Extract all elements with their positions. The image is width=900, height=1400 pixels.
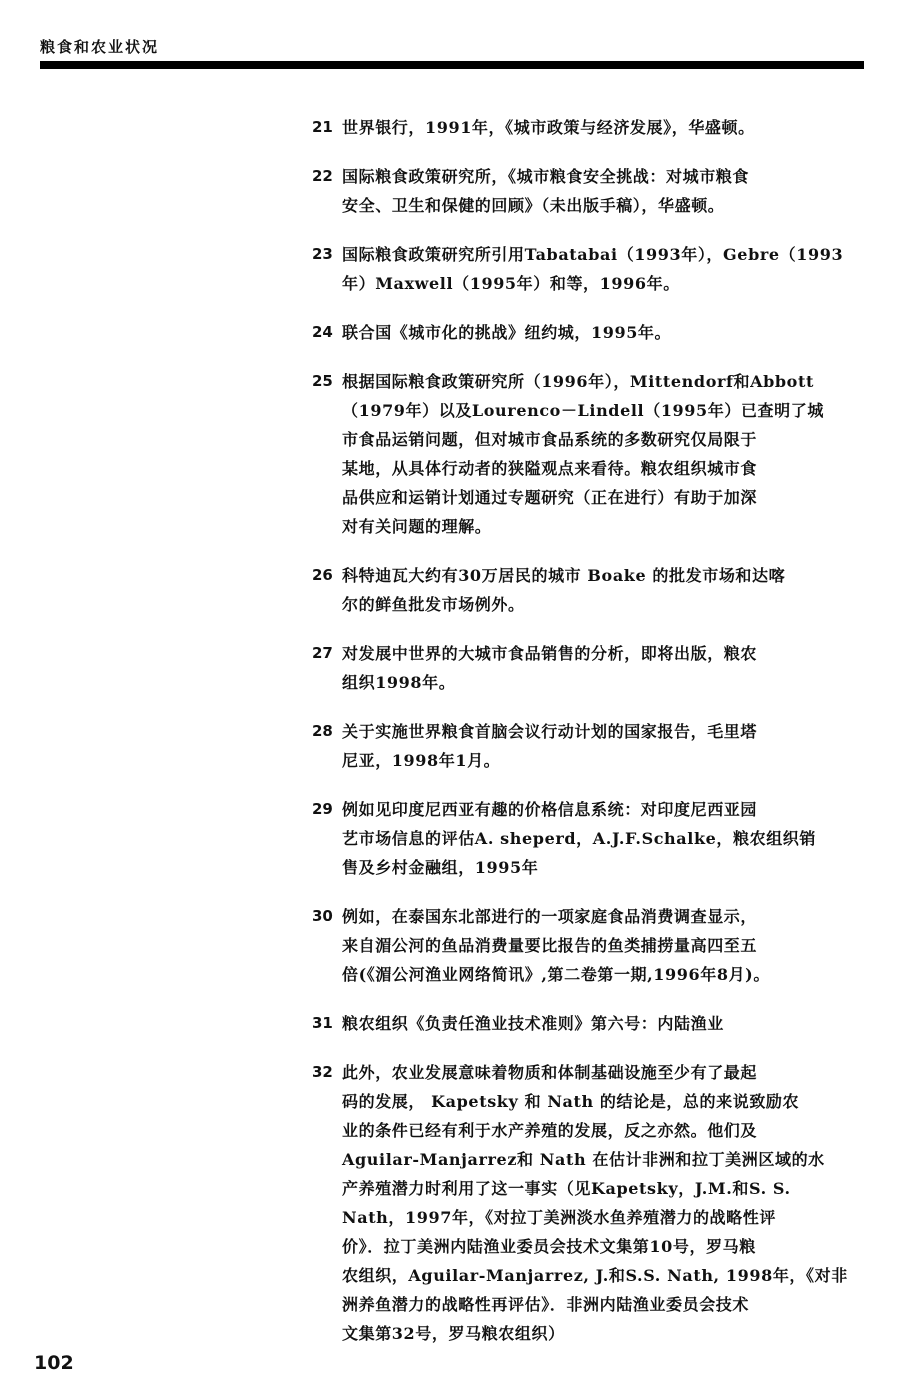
endnotes-list: 21世界银行，1991年，《城市政策与经济发展》，华盛顿。22国际粮食政策研究所… [312,113,857,1368]
endnote-text-line: 业的条件已经有利于水产养殖的发展，反之亦然。他们及 [342,1116,857,1145]
endnote-22: 22国际粮食政策研究所，《城市粮食安全挑战：对城市粮食安全、卫生和保健的回顾》（… [312,162,857,220]
endnote-text-line: 安全、卫生和保健的回顾》（未出版手稿），华盛顿。 [342,191,857,220]
endnote-31: 31粮农组织《负责任渔业技术准则》第六号：内陆渔业 [312,1009,857,1038]
endnote-text-line: 此外，农业发展意味着物质和体制基础设施至少有了最起 [342,1058,857,1087]
endnote-number: 31 [312,1009,333,1038]
endnote-text-line: 某地，从具体行动者的狭隘观点来看待。粮农组织城市食 [342,454,857,483]
endnote-text-line: 科特迪瓦大约有30万居民的城市 Boake 的批发市场和达喀 [342,561,857,590]
endnote-number: 27 [312,639,333,668]
endnote-text-line: 国际粮食政策研究所引用Tabatabai（1993年），Gebre（1993 [342,240,857,269]
endnote-text-line: 根据国际粮食政策研究所（1996年），Mittendorf和Abbott [342,367,857,396]
endnote-text-line: 对发展中世界的大城市食品销售的分析，即将出版，粮农 [342,639,857,668]
endnote-23: 23国际粮食政策研究所引用Tabatabai（1993年），Gebre（1993… [312,240,857,298]
endnote-number: 23 [312,240,333,269]
endnote-text: 根据国际粮食政策研究所（1996年），Mittendorf和Abbott（197… [342,367,857,541]
endnote-number: 29 [312,795,333,824]
endnote-text: 对发展中世界的大城市食品销售的分析，即将出版，粮农组织1998年。 [342,639,857,697]
endnote-text: 例如，在泰国东北部进行的一项家庭食品消费调查显示，来自湄公河的鱼品消费量要比报告… [342,902,857,989]
endnote-30: 30例如，在泰国东北部进行的一项家庭食品消费调查显示，来自湄公河的鱼品消费量要比… [312,902,857,989]
endnote-text-line: 倍(《湄公河渔业网络简讯》,第二卷第一期,1996年8月)。 [342,960,857,989]
endnote-text: 世界银行，1991年，《城市政策与经济发展》，华盛顿。 [342,113,857,142]
endnote-text: 关于实施世界粮食首脑会议行动计划的国家报告，毛里塔尼亚，1998年1月。 [342,717,857,775]
endnote-text-line: 文集第32号，罗马粮农组织） [342,1319,857,1348]
endnote-text-line: 价》．拉丁美洲内陆渔业委员会技术文集第10号，罗马粮 [342,1232,857,1261]
endnote-text: 联合国《城市化的挑战》纽约城，1995年。 [342,318,857,347]
endnote-text-line: 农组织，Aguilar-Manjarrez, J.和S.S. Nath, 199… [342,1261,857,1290]
endnote-text-line: 例如，在泰国东北部进行的一项家庭食品消费调查显示， [342,902,857,931]
endnote-text-line: 尼亚，1998年1月。 [342,746,857,775]
endnote-text-line: 洲养鱼潜力的战略性再评估》．非洲内陆渔业委员会技术 [342,1290,857,1319]
endnote-text-line: 粮农组织《负责任渔业技术准则》第六号：内陆渔业 [342,1009,857,1038]
endnote-text-line: 关于实施世界粮食首脑会议行动计划的国家报告，毛里塔 [342,717,857,746]
endnote-text-line: 艺市场信息的评估A. sheperd，A.J.F.Schalke，粮农组织销 [342,824,857,853]
endnote-text-line: Aguilar-Manjarrez和 Nath 在估计非洲和拉丁美洲区域的水 [342,1145,857,1174]
running-head-title: 粮食和农业状况 [40,36,159,57]
endnote-text-line: 产养殖潜力时利用了这一事实（见Kapetsky，J.M.和S. S. [342,1174,857,1203]
endnote-text-line: 世界银行，1991年，《城市政策与经济发展》，华盛顿。 [342,113,857,142]
endnote-text: 例如见印度尼西亚有趣的价格信息系统：对印度尼西亚园艺市场信息的评估A. shep… [342,795,857,882]
endnote-number: 26 [312,561,333,590]
page-number: 102 [34,1352,74,1374]
endnote-26: 26科特迪瓦大约有30万居民的城市 Boake 的批发市场和达喀尔的鲜鱼批发市场… [312,561,857,619]
endnote-number: 21 [312,113,333,142]
endnote-number: 28 [312,717,333,746]
endnote-text-line: 年）Maxwell（1995年）和等，1996年。 [342,269,857,298]
endnote-text: 此外，农业发展意味着物质和体制基础设施至少有了最起码的发展， Kapetsky … [342,1058,857,1348]
endnote-29: 29例如见印度尼西亚有趣的价格信息系统：对印度尼西亚园艺市场信息的评估A. sh… [312,795,857,882]
endnote-24: 24联合国《城市化的挑战》纽约城，1995年。 [312,318,857,347]
endnote-text-line: 对有关问题的理解。 [342,512,857,541]
header-rule [40,61,864,69]
endnote-text-line: Nath，1997年，《对拉丁美洲淡水鱼养殖潜力的战略性评 [342,1203,857,1232]
endnote-text-line: 例如见印度尼西亚有趣的价格信息系统：对印度尼西亚园 [342,795,857,824]
endnote-25: 25根据国际粮食政策研究所（1996年），Mittendorf和Abbott（1… [312,367,857,541]
endnote-number: 30 [312,902,333,931]
endnote-28: 28关于实施世界粮食首脑会议行动计划的国家报告，毛里塔尼亚，1998年1月。 [312,717,857,775]
endnote-text: 科特迪瓦大约有30万居民的城市 Boake 的批发市场和达喀尔的鲜鱼批发市场例外… [342,561,857,619]
endnote-32: 32此外，农业发展意味着物质和体制基础设施至少有了最起码的发展， Kapetsk… [312,1058,857,1348]
endnote-number: 32 [312,1058,333,1087]
endnote-text-line: 品供应和运销计划通过专题研究（正在进行）有助于加深 [342,483,857,512]
endnote-text-line: 尔的鲜鱼批发市场例外。 [342,590,857,619]
endnote-text-line: （1979年）以及Lourenco－Lindell（1995年）已查明了城 [342,396,857,425]
endnote-number: 24 [312,318,333,347]
endnote-text-line: 售及乡村金融组，1995年 [342,853,857,882]
endnote-number: 25 [312,367,333,396]
endnote-text-line: 来自湄公河的鱼品消费量要比报告的鱼类捕捞量高四至五 [342,931,857,960]
endnote-text: 粮农组织《负责任渔业技术准则》第六号：内陆渔业 [342,1009,857,1038]
endnote-text-line: 码的发展， Kapetsky 和 Nath 的结论是，总的来说致励农 [342,1087,857,1116]
endnote-text: 国际粮食政策研究所引用Tabatabai（1993年），Gebre（1993年）… [342,240,857,298]
endnote-text-line: 市食品运销问题，但对城市食品系统的多数研究仅局限于 [342,425,857,454]
endnote-number: 22 [312,162,333,191]
endnote-text-line: 联合国《城市化的挑战》纽约城，1995年。 [342,318,857,347]
endnote-text-line: 组织1998年。 [342,668,857,697]
endnote-text: 国际粮食政策研究所，《城市粮食安全挑战：对城市粮食安全、卫生和保健的回顾》（未出… [342,162,857,220]
endnote-text-line: 国际粮食政策研究所，《城市粮食安全挑战：对城市粮食 [342,162,857,191]
endnote-21: 21世界银行，1991年，《城市政策与经济发展》，华盛顿。 [312,113,857,142]
endnote-27: 27对发展中世界的大城市食品销售的分析，即将出版，粮农组织1998年。 [312,639,857,697]
